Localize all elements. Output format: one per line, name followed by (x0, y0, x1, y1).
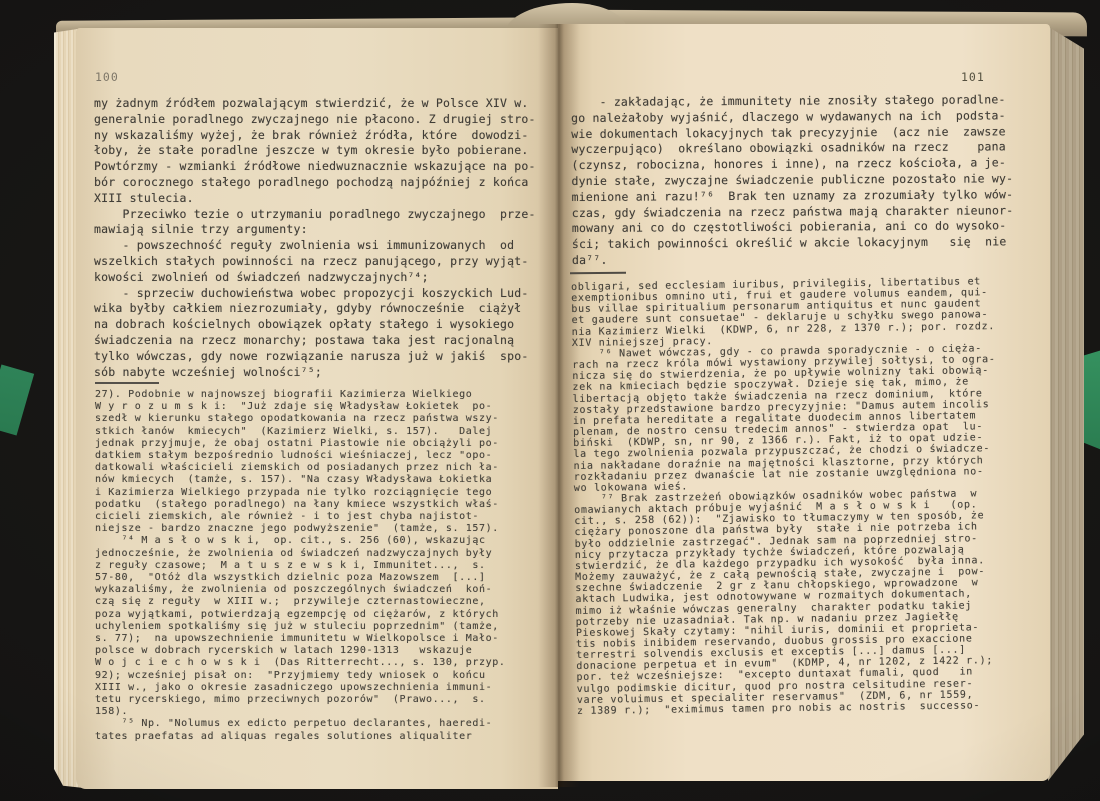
photo-background: 100 101 my żadnym źródłem pozwalającym s… (0, 0, 1100, 801)
left-page-footnotes-text: 27). Podobnie w najnowszej biografii Kaz… (95, 389, 547, 743)
book-fore-edge-right (1048, 22, 1084, 784)
green-surface-accent-right (1082, 350, 1100, 450)
right-page-footnote-separator (570, 272, 626, 274)
page-number-left: 100 (95, 70, 119, 84)
page-number-right: 101 (961, 70, 985, 84)
right-page-footnotes-text: obligari, sed ecclesiam iuribus, privile… (571, 275, 1043, 717)
left-page-footnote-separator (95, 382, 159, 384)
green-surface-accent-left (0, 365, 34, 436)
left-page-body-text: my żadnym źródłem pozwalającym stwierdzi… (94, 96, 546, 380)
right-page-body-text: - zakładając, że immunitety nie znosiły … (571, 92, 1038, 269)
